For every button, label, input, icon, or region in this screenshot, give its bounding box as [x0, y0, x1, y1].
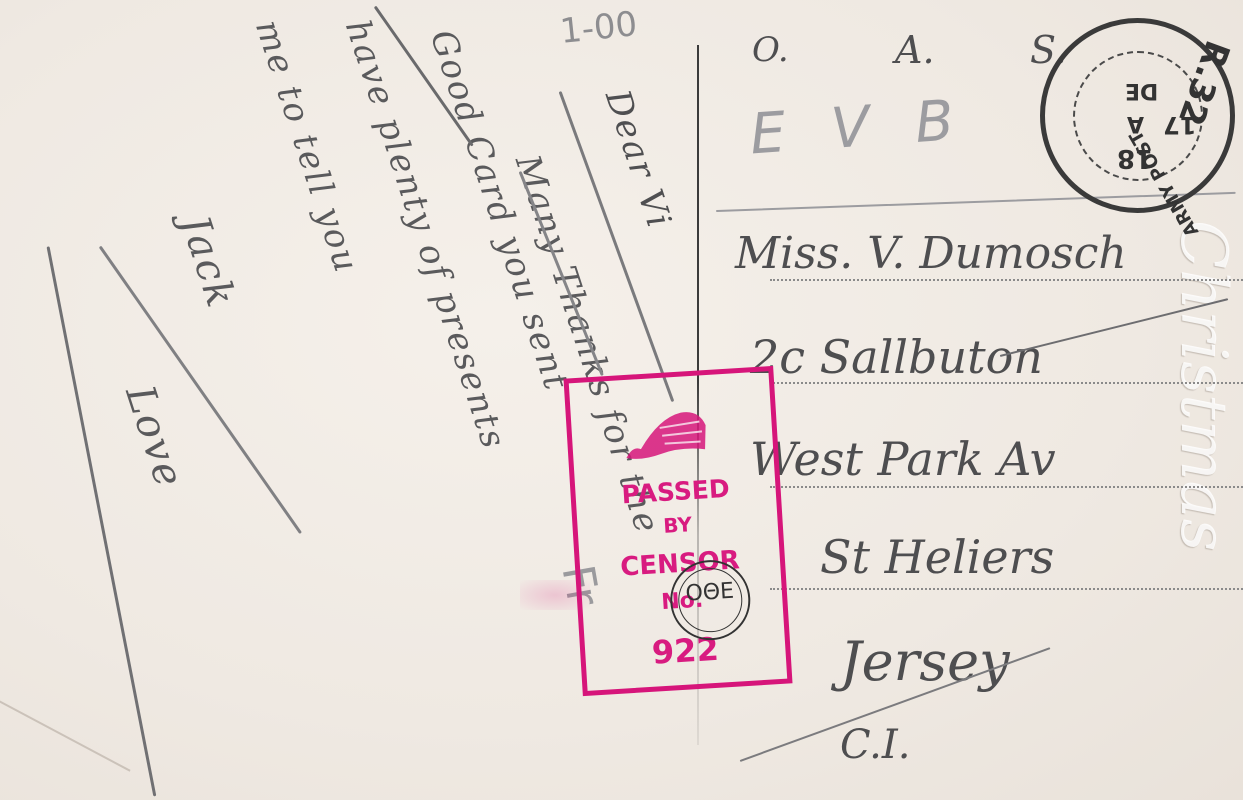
message-line-7: Jack [171, 210, 244, 314]
address-line-1: Miss. V. Dumosch [735, 228, 1127, 279]
pen-stroke [47, 246, 157, 796]
postcard: 1-00 Dear Vi Many Thanks for the Good Ca… [0, 0, 1243, 800]
address-line-6: C.I. [840, 722, 910, 768]
crown-icon [619, 405, 712, 470]
paper-crease [0, 690, 131, 772]
address-rule-1 [770, 279, 1243, 281]
address-rule-2 [770, 382, 1243, 384]
oas-a: A. [895, 28, 935, 72]
address-rule-3 [770, 486, 1243, 488]
embossed-greeting: Christmas [1150, 220, 1240, 600]
postmark-year: 17 [1163, 111, 1196, 139]
address-line-4: St Heliers [820, 530, 1054, 584]
address-line-3: West Park Av [750, 432, 1056, 486]
address-line-2: 2c Sallbuton [750, 330, 1043, 384]
army-post-office-postmark: R.32 18 A DE 17 ARMY POST [1040, 18, 1235, 213]
censor-number: 922 [584, 626, 786, 676]
message-line-1: Dear Vi [597, 85, 679, 234]
postmark-month: DE [1125, 78, 1158, 103]
oas-o: O. [752, 30, 789, 70]
address-rule-4 [770, 588, 1243, 590]
censor-stamp: PASSED BY CENSOR No. 922 OΘE [563, 366, 792, 696]
censor-passed: PASSED [575, 471, 776, 512]
censor-by: BY [577, 507, 778, 543]
pencil-scribble: E V B [748, 87, 970, 167]
address-line-5: Jersey [840, 630, 1010, 693]
seal-glyph: OΘE [671, 578, 748, 608]
message-line-6: Love [116, 380, 192, 494]
pencil-price: 1-00 [558, 4, 639, 52]
